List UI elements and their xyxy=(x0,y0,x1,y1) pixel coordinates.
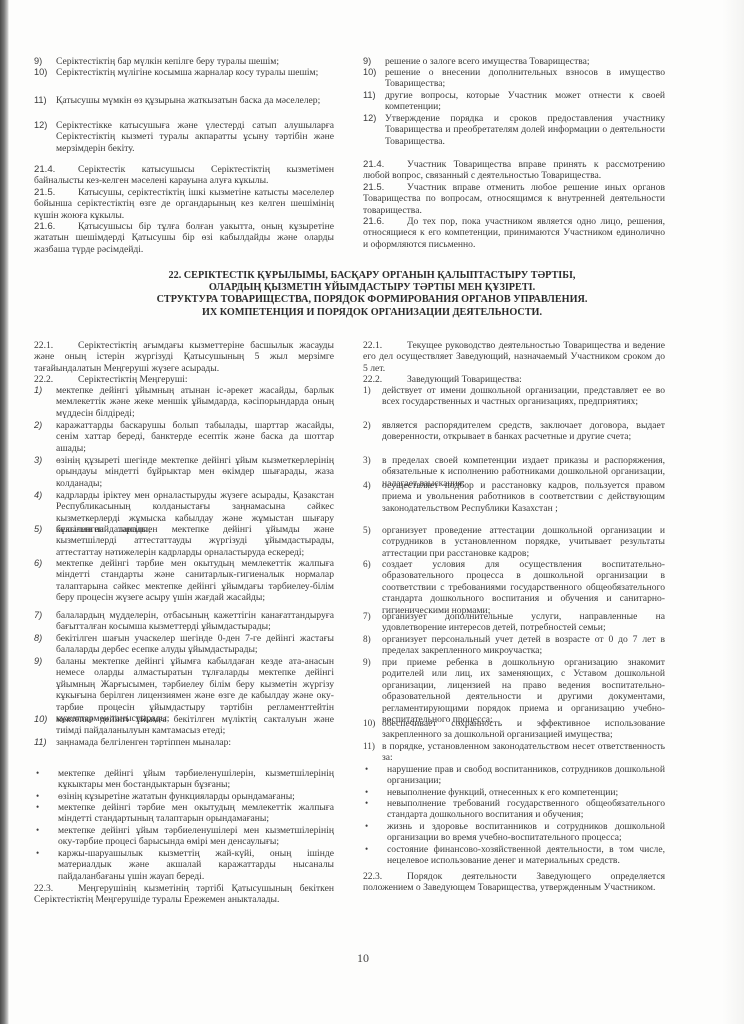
bullet-icon: • xyxy=(34,848,58,882)
item-number: 5) xyxy=(34,524,56,558)
clause-text: Заведующий Товарищества: xyxy=(407,374,522,385)
clause-number: 22.1. xyxy=(34,340,78,351)
item-text: организует дополнительные услуги, направ… xyxy=(382,611,665,634)
item-number: 3) xyxy=(34,455,56,489)
bullet-item: •мектепке дейінгі тәрбие мен окытудың ме… xyxy=(34,802,334,825)
bullet-icon: • xyxy=(363,798,387,821)
bullet-icon: • xyxy=(34,825,58,848)
clause-text: Серіктестік катысушысы Серіктестіктің кы… xyxy=(34,164,334,186)
item-number: 7) xyxy=(363,611,382,634)
kazakh-section-22-column: 22.1.Серіктестіктің ағымдағы кызметтерін… xyxy=(34,340,334,940)
list-item: 1)действует от имени дошкольной организа… xyxy=(363,385,665,408)
item-number: 11) xyxy=(363,741,382,764)
list-item: 10) решение о внесении дополнительных вз… xyxy=(363,67,665,90)
heading-line: ОЛАРДЫҢ ҚЫЗМЕТІН ҰЙЫМДАСТЫРУ ТӘРТІБІ МЕН… xyxy=(60,282,684,294)
item-text: заңнамада белгіленген тәртіппен мыналар: xyxy=(56,737,334,748)
item-number: 6) xyxy=(363,559,382,616)
item-number: 11) xyxy=(34,95,56,106)
clause-paragraph: 22.2.Серіктестіктің Меңгеруші: xyxy=(34,374,334,385)
clause-number: 22.2. xyxy=(34,374,78,385)
item-text: Қатысушы мүмкін өз құзырына жаткызатын б… xyxy=(56,95,334,106)
list-item: 8)организует персональный учет детей в в… xyxy=(363,634,665,657)
item-text: бекітілген шағын учаскелер шегінде 0-ден… xyxy=(56,633,334,656)
item-text: Серіктестіктің бар мүлкін кепілге беру т… xyxy=(56,56,334,67)
clause-number: 22.3. xyxy=(363,871,407,882)
bullet-icon: • xyxy=(34,802,58,825)
clause-number: 22.3. xyxy=(34,883,78,894)
clause-paragraph: 21.6.Қатысушысы бір тұлға болған уакытта… xyxy=(34,221,334,255)
bullet-item: •мектепке дейінгі ұйым тәрбиеленушілерін… xyxy=(34,768,334,791)
bullet-text: мектепке дейінгі ұйым тәрбиеленушілері м… xyxy=(58,825,334,848)
list-item: 9)при приеме ребенка в дошкольную органи… xyxy=(363,657,665,725)
item-text: Серіктестіктің мүлігіне косымша жарналар… xyxy=(56,67,334,78)
item-text: Серіктестікке катысушыға және үлестерді … xyxy=(56,120,334,154)
bullet-icon: • xyxy=(363,764,387,787)
list-item: 8)бекітілген шағын учаскелер шегінде 0-д… xyxy=(34,633,334,656)
bullet-item: •жизнь и здоровье воспитанников и сотруд… xyxy=(363,821,665,844)
item-text: мектепке дейінгі ұйымның атынан іс-әреке… xyxy=(56,385,334,419)
bullet-icon: • xyxy=(363,787,387,798)
bullet-item: •мектепке дейінгі ұйым тәрбиеленушілері … xyxy=(34,825,334,848)
bullet-icon: • xyxy=(34,768,58,791)
item-number: 4) xyxy=(363,480,382,514)
list-item: 5)организует проведение аттестации дошко… xyxy=(363,525,665,559)
item-number: 12) xyxy=(34,120,56,154)
item-text: Утверждение порядка и сроков предоставле… xyxy=(385,113,665,147)
item-text: обеспечивает сохранность и эффективное и… xyxy=(382,718,665,741)
list-item: 7)организует дополнительные услуги, напр… xyxy=(363,611,665,634)
clause-text: Текущее руководство деятельностью Товари… xyxy=(363,340,665,374)
clause-text: Участник вправе отменить любое решение и… xyxy=(363,182,665,216)
clause-paragraph: 21.4.Серіктестік катысушысы Серіктестікт… xyxy=(34,164,334,187)
russian-section-22-column: 22.1.Текущее руководство деятельностью Т… xyxy=(363,340,665,940)
bullet-item: •өзінің кұзыретіне жататын функцияларды … xyxy=(34,791,334,802)
list-item: 11) другие вопросы, которые Участник мож… xyxy=(363,90,665,113)
clause-paragraph: 21.5.Катысушы, серіктестіктің ішкі кызме… xyxy=(34,187,334,221)
clause-number: 21.5. xyxy=(363,182,407,193)
list-item: 11)заңнамада белгіленген тәртіппен мынал… xyxy=(34,737,334,748)
bullet-item: •нарушение прав и свобод воспитанников, … xyxy=(363,764,665,787)
list-item: 11)в порядке, установленном законодатель… xyxy=(363,741,665,764)
bullet-text: невыполнение функций, отнесенных к его к… xyxy=(387,787,665,798)
bullet-text: невыполнение требований государственного… xyxy=(387,798,665,821)
top-russian-column: 9) решение о залоге всего имущества Това… xyxy=(363,56,665,276)
list-item: 6)мектепке дейінгі тәрбие мен окытудың м… xyxy=(34,558,334,604)
item-text: в порядке, установленном законодательств… xyxy=(382,741,665,764)
list-item: 11) Қатысушы мүмкін өз құзырына жаткызат… xyxy=(34,95,334,106)
item-number: 9) xyxy=(34,56,56,67)
item-text: балалардың мүдделерін, отбасының кажетті… xyxy=(56,610,334,633)
list-item: 2)является распорядителем средств, заклю… xyxy=(363,420,665,443)
item-number: 8) xyxy=(363,634,382,657)
item-text: осуществляет подбор и расстановку кадров… xyxy=(382,480,665,514)
list-item: 5)белгіленген тәртіппен мектепке дейінгі… xyxy=(34,524,334,558)
top-kazakh-column: 9) Серіктестіктің бар мүлкін кепілге бер… xyxy=(34,56,334,276)
item-number: 10) xyxy=(34,714,56,737)
item-number: 8) xyxy=(34,633,56,656)
list-item: 9) решение о залоге всего имущества Това… xyxy=(363,56,665,67)
bullet-text: каржы-шаруашылык кызметтің жай-күйі, оны… xyxy=(58,848,334,882)
item-text: решение о внесении дополнительных взносо… xyxy=(385,67,665,90)
item-number: 1) xyxy=(34,385,56,419)
bullet-item: •каржы-шаруашылык кызметтің жай-күйі, он… xyxy=(34,848,334,882)
clause-text: Участник Товарищества вправе принять к р… xyxy=(363,159,665,181)
bullet-item: •невыполнение функций, отнесенных к его … xyxy=(363,787,665,798)
scanner-edge-shadow xyxy=(0,0,9,1024)
clause-text: Серіктестіктің Меңгеруші: xyxy=(78,374,188,385)
bullet-icon: • xyxy=(34,791,58,802)
clause-paragraph: 22.3.Порядок деятельности Заведующего оп… xyxy=(363,871,665,894)
item-text: каражаттарды баскарушы болып табылады, ш… xyxy=(56,420,334,454)
clause-paragraph: 22.1.Текущее руководство деятельностью Т… xyxy=(363,340,665,374)
list-item: 10) Серіктестіктің мүлігіне косымша жарн… xyxy=(34,67,334,78)
list-item: 6)создает условия для осуществления восп… xyxy=(363,559,665,616)
list-item: 7)балалардың мүдделерін, отбасының кажет… xyxy=(34,610,334,633)
list-item: 10)мектепке дейінгі ұйымға бекітілген мү… xyxy=(34,714,334,737)
list-item: 4)осуществляет подбор и расстановку кадр… xyxy=(363,480,665,514)
clause-number: 21.5. xyxy=(34,187,78,198)
list-item: 3)өзінің құзыреті шегінде мектепке дейін… xyxy=(34,455,334,489)
list-item: 2)каражаттарды баскарушы болып табылады,… xyxy=(34,420,334,454)
item-number: 2) xyxy=(34,420,56,454)
item-text: мектепке дейінгі ұйымға бекітілген мүлік… xyxy=(56,714,334,737)
bullet-text: мектепке дейінгі ұйым тәрбиеленушілерін,… xyxy=(58,768,334,791)
item-text: решение о залоге всего имущества Товарищ… xyxy=(385,56,665,67)
bullet-text: состояние финансово-хозяйственной деятел… xyxy=(387,844,665,867)
clause-number: 22.2. xyxy=(363,374,407,385)
item-number: 12) xyxy=(363,113,385,147)
item-number: 10) xyxy=(34,67,56,78)
clause-paragraph: 22.3.Меңгерушінің кызметінің тәртібі Қат… xyxy=(34,883,334,906)
bullet-item: •состояние финансово-хозяйственной деяте… xyxy=(363,844,665,867)
clause-text: Серіктестіктің ағымдағы кызметтеріне бас… xyxy=(34,340,334,374)
item-number: 7) xyxy=(34,610,56,633)
item-text: организует проведение аттестации дошколь… xyxy=(382,525,665,559)
clause-text: До тех пор, пока участником является одн… xyxy=(363,216,665,250)
section-heading: 22. СЕРІКТЕСТІК ҚҰРЫЛЫМЫ, БАСҚАРУ ОРГАНЫ… xyxy=(60,270,684,319)
item-text: действует от имени дошкольной организаци… xyxy=(382,385,665,408)
clause-paragraph: 21.5.Участник вправе отменить любое реше… xyxy=(363,182,665,216)
item-number: 5) xyxy=(363,525,382,559)
clause-paragraph: 22.2.Заведующий Товарищества: xyxy=(363,374,665,385)
item-text: мектепке дейінгі тәрбие мен окытудың мем… xyxy=(56,558,334,604)
bullet-text: өзінің кұзыретіне жататын функцияларды о… xyxy=(58,791,334,802)
clause-paragraph: 22.1.Серіктестіктің ағымдағы кызметтерін… xyxy=(34,340,334,374)
item-number: 9) xyxy=(363,56,385,67)
bullet-item: •невыполнение требований государственног… xyxy=(363,798,665,821)
item-text: белгіленген тәртіппен мектепке дейінгі ұ… xyxy=(56,524,334,558)
clause-text: Порядок деятельности Заведующего определ… xyxy=(363,871,665,893)
item-number: 9) xyxy=(363,657,382,725)
clause-number: 22.1. xyxy=(363,340,407,351)
heading-line: 22. СЕРІКТЕСТІК ҚҰРЫЛЫМЫ, БАСҚАРУ ОРГАНЫ… xyxy=(60,270,684,282)
list-item: 12) Серіктестікке катысушыға және үлесте… xyxy=(34,120,334,154)
clause-paragraph: 21.6.До тех пор, пока участником являетс… xyxy=(363,216,665,250)
clause-number: 21.6. xyxy=(363,216,407,227)
heading-line: СТРУКТУРА ТОВАРИЩЕСТВА, ПОРЯДОК ФОРМИРОВ… xyxy=(60,294,684,306)
item-text: өзінің құзыреті шегінде мектепке дейінгі… xyxy=(56,455,334,489)
clause-text: Меңгерушінің кызметінің тәртібі Қатысушы… xyxy=(34,883,334,905)
item-number: 1) xyxy=(363,385,382,408)
clause-text: Қатысушысы бір тұлға болған уакытта, оны… xyxy=(34,221,334,255)
item-number: 11) xyxy=(363,90,385,113)
clause-paragraph: 21.4.Участник Товарищества вправе принят… xyxy=(363,159,665,182)
bullet-icon: • xyxy=(363,844,387,867)
item-number: 10) xyxy=(363,67,385,90)
list-item: 10)обеспечивает сохранность и эффективно… xyxy=(363,718,665,741)
clause-number: 21.6. xyxy=(34,221,78,232)
bullet-text: жизнь и здоровье воспитанников и сотрудн… xyxy=(387,821,665,844)
bullet-text: нарушение прав и свобод воспитанников, с… xyxy=(387,764,665,787)
item-number: 11) xyxy=(34,737,56,748)
item-text: создает условия для осуществления воспит… xyxy=(382,559,665,616)
list-item: 12) Утверждение порядка и сроков предост… xyxy=(363,113,665,147)
item-number: 6) xyxy=(34,558,56,604)
clause-number: 21.4. xyxy=(34,164,78,175)
list-item: 1)мектепке дейінгі ұйымның атынан іс-әре… xyxy=(34,385,334,419)
list-item: 9) Серіктестіктің бар мүлкін кепілге бер… xyxy=(34,56,334,67)
page-number: 10 xyxy=(357,951,369,966)
page-edge-shade xyxy=(722,0,744,1024)
clause-number: 21.4. xyxy=(363,159,407,170)
item-number: 10) xyxy=(363,718,382,741)
bullet-icon: • xyxy=(363,821,387,844)
heading-line: ИХ КОМПЕТЕНЦИЯ И ПОРЯДОК ОРГАНИЗАЦИИ ДЕЯ… xyxy=(60,307,684,319)
item-text: организует персональный учет детей в воз… xyxy=(382,634,665,657)
item-text: является распорядителем средств, заключа… xyxy=(382,420,665,443)
item-text: при приеме ребенка в дошкольную организа… xyxy=(382,657,665,725)
bullet-text: мектепке дейінгі тәрбие мен окытудың мем… xyxy=(58,802,334,825)
item-number: 2) xyxy=(363,420,382,443)
clause-text: Катысушы, серіктестіктің ішкі кызметіне … xyxy=(34,187,334,221)
item-text: другие вопросы, которые Участник может о… xyxy=(385,90,665,113)
